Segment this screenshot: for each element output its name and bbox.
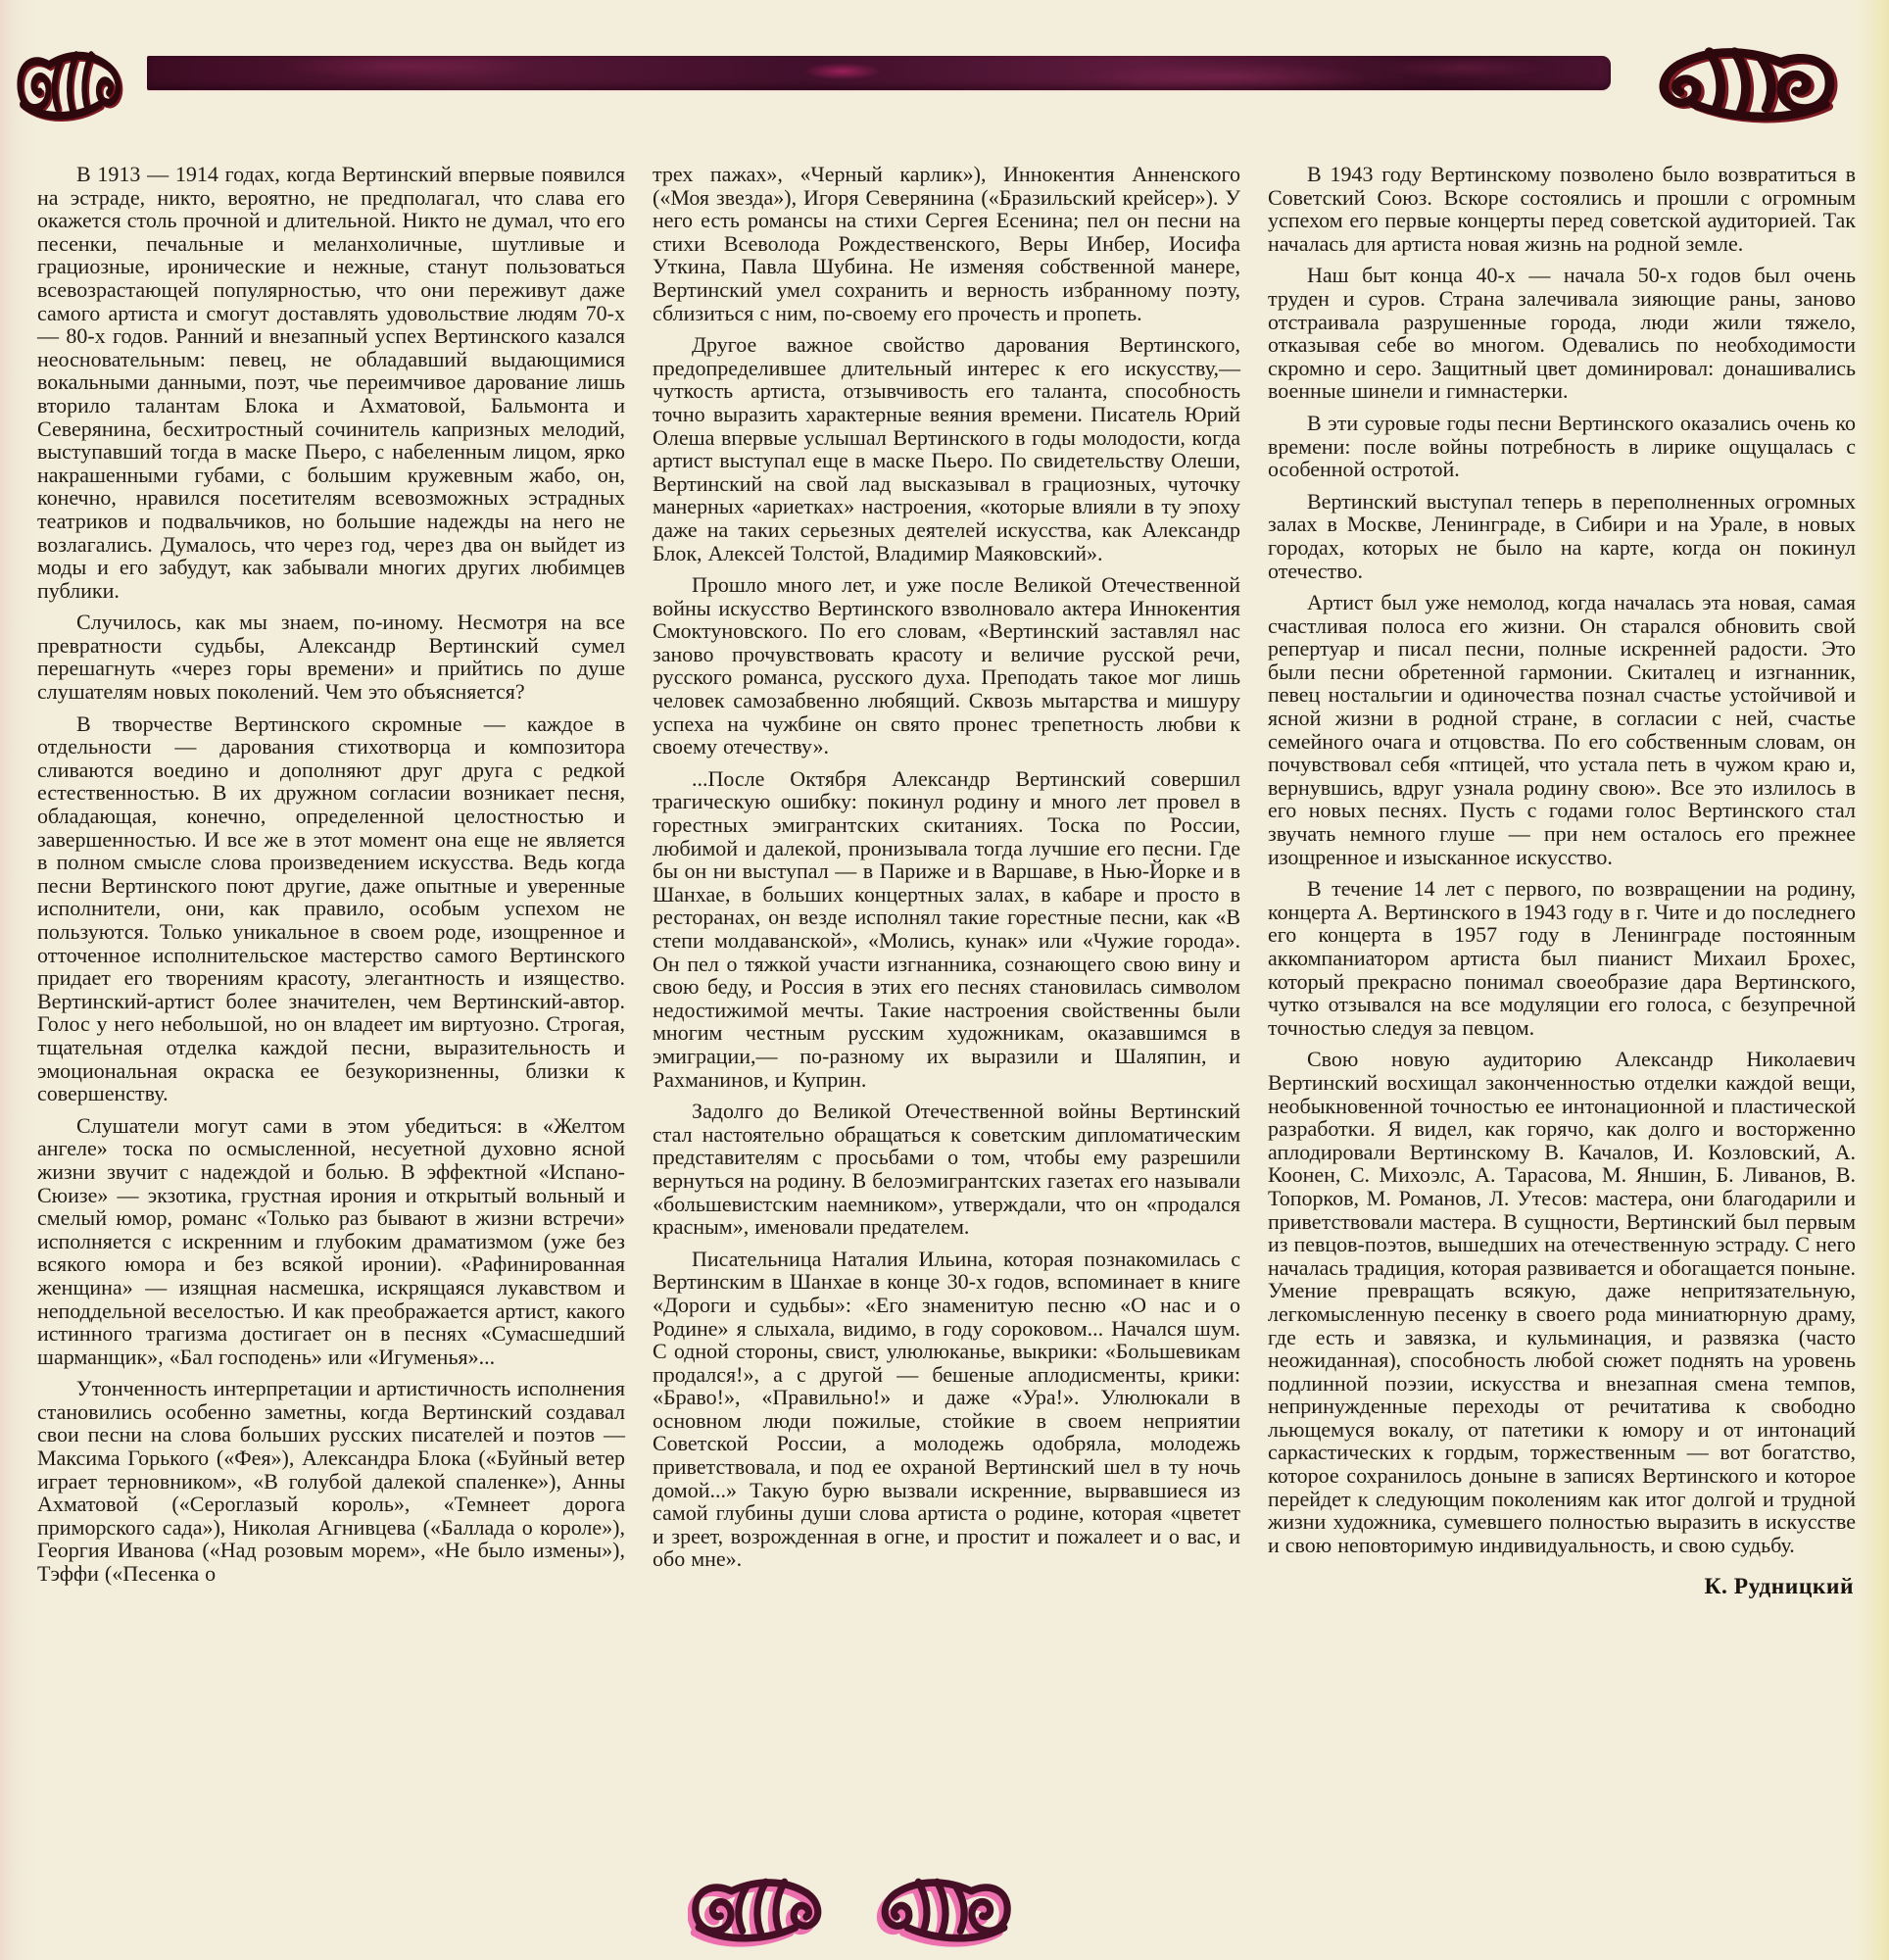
scroll-ornament-top-left xyxy=(14,47,145,129)
paragraph: Другое важное свойство дарования Вертинс… xyxy=(653,333,1240,564)
paragraph: Свою новую аудиторию Александр Николаеви… xyxy=(1268,1048,1856,1556)
paragraph: Слушатели могут сами в этом убедиться: в… xyxy=(37,1114,625,1369)
paragraph: В 1943 году Вертинскому позволено было в… xyxy=(1268,163,1856,255)
text-column-2: трех пажах», «Черный карлик»), Иннокенти… xyxy=(653,163,1240,1600)
paragraph: Наш быт конца 40-х — начала 50-х годов б… xyxy=(1268,264,1856,403)
paragraph: Писательница Наталия Ильина, которая поз… xyxy=(653,1248,1240,1571)
paragraph: Задолго до Великой Отечественной войны В… xyxy=(653,1100,1240,1239)
author-signature: К. Рудницкий xyxy=(1268,1574,1854,1600)
paragraph: Прошло много лет, и уже после Великой От… xyxy=(653,573,1240,759)
paragraph-continuation: трех пажах», «Черный карлик»), Иннокенти… xyxy=(653,163,1240,324)
paragraph: Артист был уже немолод, когда началась э… xyxy=(1268,591,1856,868)
text-column-3: В 1943 году Вертинскому позволено было в… xyxy=(1268,163,1856,1600)
paragraph: Вертинский выступал теперь в переполненн… xyxy=(1268,490,1856,582)
article-text: В 1913 — 1914 годах, когда Вертинский вп… xyxy=(37,163,1856,1600)
paragraph: Случилось, как мы знаем, по-иному. Несмо… xyxy=(37,611,625,703)
paragraph: ...После Октября Александр Вертинский со… xyxy=(653,767,1240,1091)
paragraph: В 1913 — 1914 годах, когда Вертинский вп… xyxy=(37,163,625,602)
liner-notes-page: В 1913 — 1914 годах, когда Вертинский вп… xyxy=(0,0,1889,1960)
scroll-ornament-footer xyxy=(688,1868,1015,1954)
header-divider-bar xyxy=(147,56,1611,90)
scroll-ornament-top-right xyxy=(1619,43,1840,131)
paragraph: В течение 14 лет с первого, по возвращен… xyxy=(1268,877,1856,1039)
paragraph: Утонченность интерпретации и артистичнос… xyxy=(37,1377,625,1585)
text-column-1: В 1913 — 1914 годах, когда Вертинский вп… xyxy=(37,163,625,1600)
paragraph: В эти суровые годы песни Вертинского ока… xyxy=(1268,412,1856,481)
paragraph: В творчестве Вертинского скромные — кажд… xyxy=(37,712,625,1105)
